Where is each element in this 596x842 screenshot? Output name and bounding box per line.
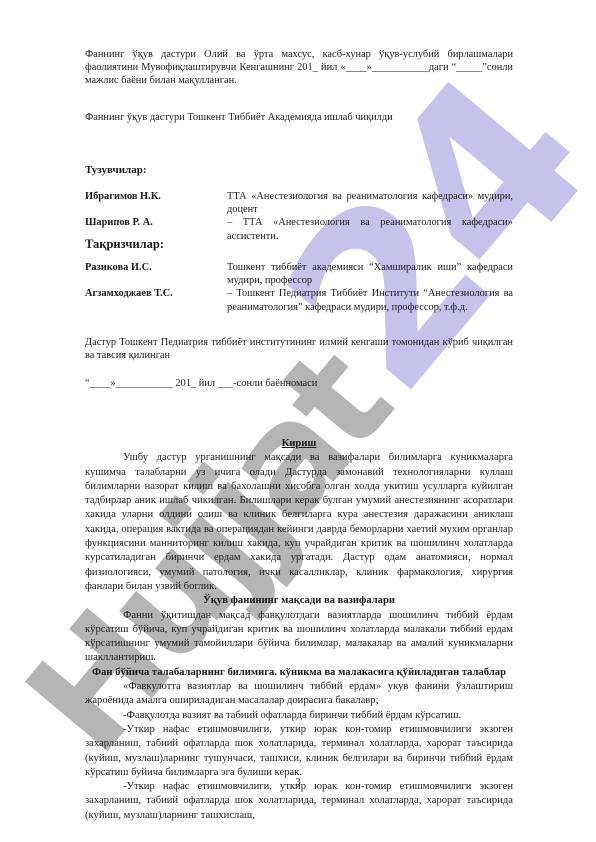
council-paragraph: Дастур Тошкент Педиатрия тиббиёт институ… <box>85 336 513 362</box>
reviewer-name: Разикова И.С. <box>85 261 227 287</box>
kirish-paragraph: Ушбу дастур урганишнинг мақсади ва вазиф… <box>85 451 513 594</box>
page-number: 3 <box>0 777 596 788</box>
talablar-paragraph: «Фавкулотта вазиятлар ва шошилинч тиббий… <box>85 680 513 709</box>
reviewers-heading: Тақризчилар: <box>85 237 513 252</box>
reviewer-name: Агзамходжаев Т.С. <box>85 287 227 313</box>
kirish-heading: Кириш <box>85 437 513 451</box>
developed-line: Фаннинг ўқув дастури Тошкент Тиббиёт Ака… <box>85 111 513 124</box>
sections: Кириш Ушбу дастур урганишнинг мақсади ва… <box>85 437 513 823</box>
compilers-list: Ибрагимов Н.К. ТТА «Анестезиология ва ре… <box>85 190 513 243</box>
approval-paragraph: Фаннинг ўқув дастури Олий ва ўрта махсус… <box>85 48 513 88</box>
reviewer-desc: Тошкент тиббиёт академияси “Хамширалик и… <box>227 261 513 287</box>
maqsad-heading: Ўқув фанининг мақсади ва вазифалари <box>85 594 513 608</box>
compilers-heading: Тузувчилар: <box>85 164 513 176</box>
reviewer-row: Агзамходжаев Т.С. – Тошкент Педиатрия Ти… <box>85 287 513 313</box>
compiler-name: Ибрагимов Н.К. <box>85 190 227 216</box>
talablar-heading: Фан бўйича талабаларнинг билимига. кўник… <box>85 666 513 680</box>
compiler-desc: ТТА «Анестезиология ва реаниматология ка… <box>227 190 513 216</box>
bullet-item: -Фавқулотда вазият ва табиий офатларда б… <box>85 709 513 723</box>
compiler-row: Ибрагимов Н.К. ТТА «Анестезиология ва ре… <box>85 190 513 216</box>
document-content: Фаннинг ўқув дастури Олий ва ўрта махсус… <box>85 0 513 842</box>
document-page: Hujjat24 Фаннинг ўқув дастури Олий ва ўр… <box>0 0 596 842</box>
reviewers-list: Разикова И.С. Тошкент тиббиёт академияси… <box>85 261 513 314</box>
reviewer-row: Разикова И.С. Тошкент тиббиёт академияси… <box>85 261 513 287</box>
maqsad-paragraph: Фанни ўқитишдан мақсад фавқулотдаги вази… <box>85 609 513 666</box>
reviewer-desc: – Тошкент Педиатрия Тиббиёт Институти “А… <box>227 287 513 313</box>
bullet-item: -Уткир нафас етишмовчилиги, уткир юрак к… <box>85 723 513 780</box>
protocol-line: “____»___________ 201_ йил ___-сонли баё… <box>85 377 513 390</box>
